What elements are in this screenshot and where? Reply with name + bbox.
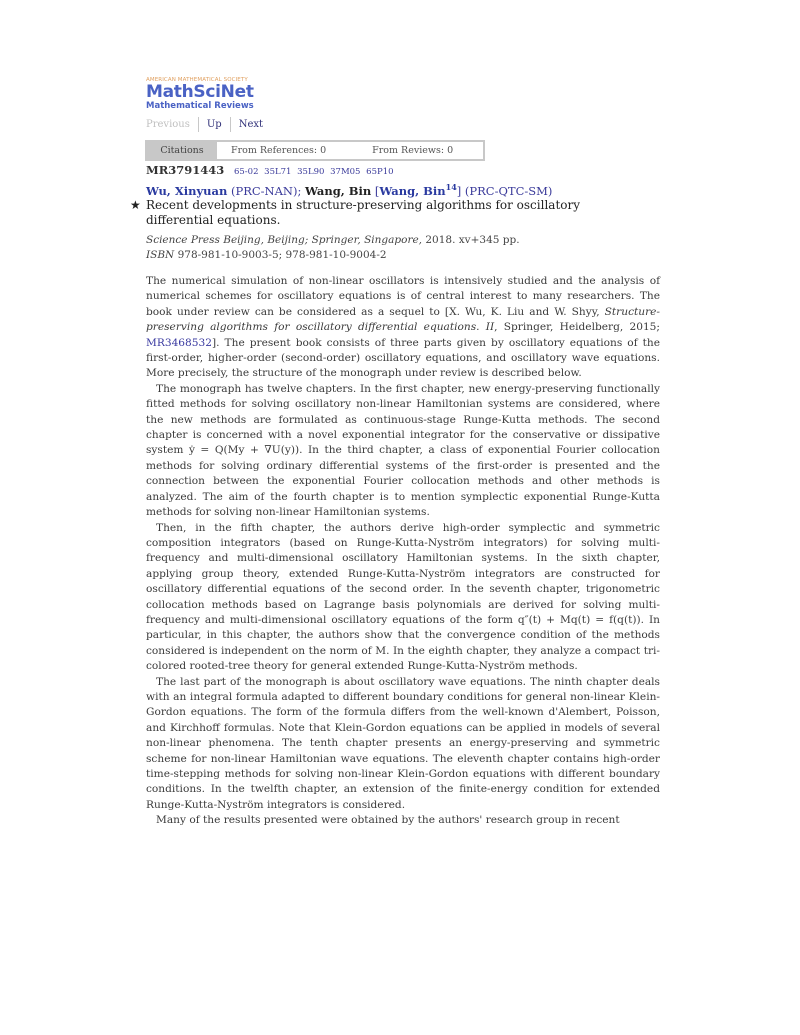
publication-title: Recent developments in structure-preserv… bbox=[146, 198, 606, 228]
brand-name: MathSciNet bbox=[146, 84, 254, 101]
classification-codes[interactable]: 65-02 35L71 35L90 37M05 65P10 bbox=[234, 167, 394, 177]
previous-link: Previous bbox=[146, 119, 190, 130]
author-affiliation-2[interactable]: (PRC-QTC-SM) bbox=[465, 184, 553, 198]
publication-info: Science Press Beijing, Beijing; Springer… bbox=[146, 233, 520, 263]
author-link-2[interactable]: Wang, Bin bbox=[379, 184, 445, 198]
star-icon: ★ bbox=[130, 198, 141, 212]
author-link-1[interactable]: Wu, Xinyuan bbox=[146, 184, 227, 198]
citations-label: Citations bbox=[147, 142, 217, 159]
record-navigation: Previous Up Next bbox=[146, 117, 263, 132]
year-pages: 2018. xv+345 pp. bbox=[425, 234, 519, 246]
review-paragraph: The monograph has twelve chapters. In th… bbox=[146, 382, 660, 521]
up-link[interactable]: Up bbox=[207, 119, 222, 130]
nav-divider bbox=[198, 117, 199, 132]
review-paragraph: Many of the results presented were obtai… bbox=[146, 813, 660, 828]
next-link[interactable]: Next bbox=[239, 119, 263, 130]
isbn: 978-981-10-9003-5; 978-981-10-9004-2 bbox=[178, 249, 387, 261]
from-reviews-count: From Reviews: 0 bbox=[326, 142, 453, 159]
author-sup: 14 bbox=[446, 182, 457, 192]
citations-bar: Citations From References: 0 From Review… bbox=[145, 140, 485, 161]
brand-subtitle: Mathematical Reviews bbox=[146, 101, 254, 112]
author-name-2: Wang, Bin bbox=[305, 184, 371, 198]
review-text: The numerical simulation of non-linear o… bbox=[146, 274, 660, 829]
publisher: Science Press Beijing, Beijing; Springer… bbox=[146, 234, 422, 246]
review-paragraph: Then, in the fifth chapter, the authors … bbox=[146, 521, 660, 675]
mr-number: MR3791443 bbox=[146, 163, 224, 177]
review-paragraph: The numerical simulation of non-linear o… bbox=[146, 274, 660, 382]
isbn-label: ISBN bbox=[146, 249, 174, 261]
review-paragraph: The last part of the monograph is about … bbox=[146, 675, 660, 814]
bibliographic-entry: MR3791443 65-02 35L71 35L90 37M05 65P10 … bbox=[146, 163, 552, 199]
nav-divider bbox=[230, 117, 231, 132]
mr-reference-link[interactable]: MR3468532 bbox=[146, 337, 212, 349]
mathscinet-logo[interactable]: AMERICAN MATHEMATICAL SOCIETY MathSciNet… bbox=[146, 77, 254, 112]
from-references-count: From References: 0 bbox=[217, 142, 326, 159]
author-affiliation-1[interactable]: (PRC-NAN); bbox=[231, 184, 301, 198]
